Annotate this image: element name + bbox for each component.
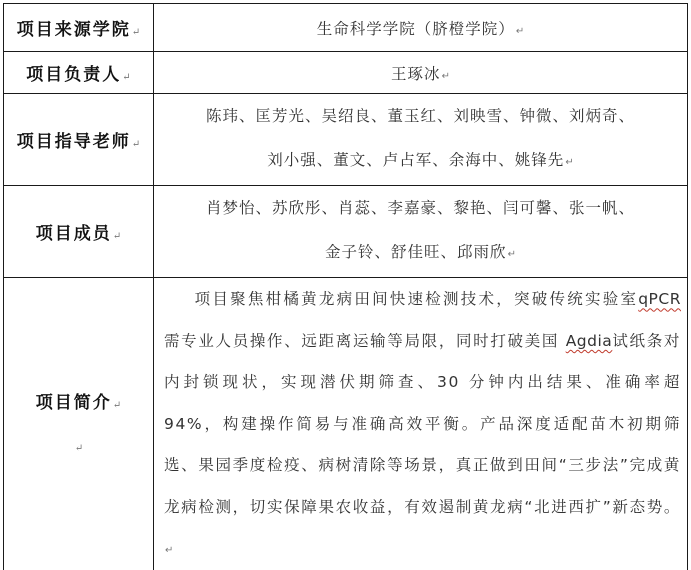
intro-text-2: 需专业人员操作、远距离运输等局限，同时打破美国: [164, 332, 566, 350]
value-cell[interactable]: 生命科学学院（脐橙学院）↵: [154, 4, 688, 52]
paragraph-mark: ↵: [508, 249, 516, 260]
introduction-paragraph: 项目聚焦柑橘黄龙病田间快速检测技术，突破传统实验室qPCR 需专业人员操作、远距…: [154, 279, 687, 570]
intro-text-1: 项目聚焦柑橘黄龙病田间快速检测技术，突破传统实验室: [194, 290, 638, 308]
value-cell[interactable]: 王琢冰↵: [154, 52, 688, 94]
label-cell: 项目指导老师↵: [4, 94, 154, 186]
paragraph-mark: ↵: [113, 400, 121, 411]
value-cell[interactable]: 陈玮、匡芳光、吴绍良、董玉红、刘映雪、钟微、刘炳奇、 刘小强、董文、卢占军、余海…: [154, 94, 688, 186]
paragraph-mark: ↵: [165, 545, 173, 556]
label-stack: 项目简介↵ ↵: [4, 383, 153, 469]
label-cell: 项目来源学院↵: [4, 4, 154, 52]
paragraph-mark: ↵: [122, 72, 130, 83]
label-source-college: 项目来源学院: [17, 20, 131, 40]
label-project-leader: 项目负责人: [26, 65, 121, 85]
label-cell: 项目简介↵ ↵: [4, 278, 154, 570]
value-project-leader: 王琢冰: [391, 65, 441, 83]
advisors-list: 陈玮、匡芳光、吴绍良、董玉红、刘映雪、钟微、刘炳奇、 刘小强、董文、卢占军、余海…: [154, 94, 687, 185]
project-info-table: 项目来源学院↵ 生命科学学院（脐橙学院）↵ 项目负责人↵ 王琢冰↵ 项目指导老师…: [3, 3, 688, 570]
row-advisors: 项目指导老师↵ 陈玮、匡芳光、吴绍良、董玉红、刘映雪、钟微、刘炳奇、 刘小强、董…: [4, 94, 688, 186]
row-members: 项目成员↵ 肖梦怡、苏欣彤、肖蕊、李嘉豪、黎艳、闫可馨、张一帆、 金子铃、舒佳旺…: [4, 186, 688, 278]
empty-paragraph: ↵: [4, 426, 153, 469]
label-introduction: 项目简介: [36, 393, 112, 413]
row-project-leader: 项目负责人↵ 王琢冰↵: [4, 52, 688, 94]
label-members: 项目成员: [36, 224, 112, 244]
value-cell[interactable]: 肖梦怡、苏欣彤、肖蕊、李嘉豪、黎艳、闫可馨、张一帆、 金子铃、舒佳旺、邱雨欣↵: [154, 186, 688, 278]
paragraph-mark: ↵: [565, 157, 573, 168]
row-source-college: 项目来源学院↵ 生命科学学院（脐橙学院）↵: [4, 4, 688, 52]
paragraph-mark: ↵: [113, 231, 121, 242]
intro-text-3: 试纸条对内封锁现状，实现潜伏期筛查、30 分钟内出结果、准确率超 94%，构建操…: [164, 332, 681, 516]
advisors-line-2: 刘小强、董文、卢占军、余海中、姚锋先↵: [164, 138, 677, 185]
value-cell[interactable]: 项目聚焦柑橘黄龙病田间快速检测技术，突破传统实验室qPCR 需专业人员操作、远距…: [154, 278, 688, 570]
members-line-1: 肖梦怡、苏欣彤、肖蕊、李嘉豪、黎艳、闫可馨、张一帆、: [164, 186, 677, 230]
label-advisors: 项目指导老师: [17, 132, 131, 152]
spellcheck-term-agdia[interactable]: Agdia: [566, 332, 613, 350]
paragraph-mark: ↵: [516, 26, 524, 37]
row-introduction: 项目简介↵ ↵ 项目聚焦柑橘黄龙病田间快速检测技术，突破传统实验室qPCR 需专…: [4, 278, 688, 570]
members-list: 肖梦怡、苏欣彤、肖蕊、李嘉豪、黎艳、闫可馨、张一帆、 金子铃、舒佳旺、邱雨欣↵: [154, 186, 687, 277]
label-introduction-line: 项目简介↵: [4, 383, 153, 426]
spellcheck-term-qpcr[interactable]: qPCR: [638, 290, 681, 308]
paragraph-mark: ↵: [132, 139, 140, 150]
advisors-line-2-text: 刘小强、董文、卢占军、余海中、姚锋先: [267, 151, 564, 169]
label-cell: 项目负责人↵: [4, 52, 154, 94]
document-page: 项目来源学院↵ 生命科学学院（脐橙学院）↵ 项目负责人↵ 王琢冰↵ 项目指导老师…: [0, 0, 691, 570]
paragraph-mark: ↵: [442, 71, 450, 82]
paragraph-mark: ↵: [132, 27, 140, 38]
advisors-line-1: 陈玮、匡芳光、吴绍良、董玉红、刘映雪、钟微、刘炳奇、: [164, 94, 677, 138]
members-line-2-text: 金子铃、舒佳旺、邱雨欣: [325, 243, 507, 261]
label-cell: 项目成员↵: [4, 186, 154, 278]
members-line-2: 金子铃、舒佳旺、邱雨欣↵: [164, 230, 677, 277]
paragraph-mark: ↵: [75, 443, 83, 454]
value-source-college: 生命科学学院（脐橙学院）: [317, 20, 515, 38]
